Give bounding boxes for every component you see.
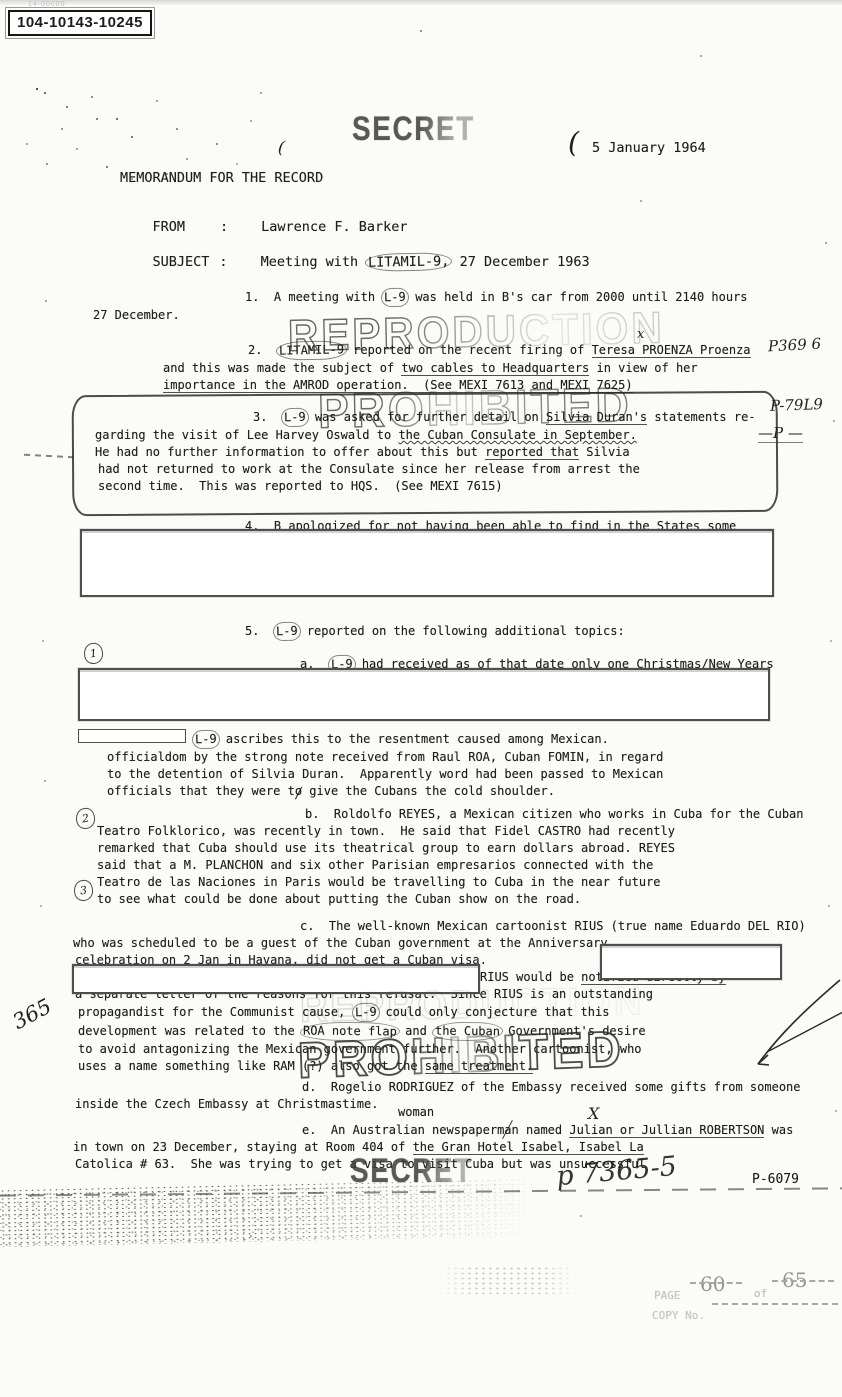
- text-seg: statements re-: [647, 410, 755, 424]
- margin-circled-2: 2: [75, 807, 97, 830]
- text-seg: reported on the recent firing of: [346, 343, 592, 357]
- underlined-phrase: importance in the AMROD operation. (See …: [163, 378, 633, 393]
- text-seg: garding the visit of Lee Harvey Oswald t…: [95, 428, 398, 442]
- margin-dash: [24, 454, 74, 459]
- text-line: 1. A meeting with L-9 was held in B's ca…: [245, 288, 748, 307]
- doc-id-box: 104-10143-10245: [8, 10, 152, 36]
- text-seg: development was related to the: [78, 1024, 302, 1038]
- text-seg: 3.: [253, 410, 282, 424]
- paragraph-5: 5. L-9 reported on the following additio…: [95, 622, 625, 641]
- from-label: FROM: [153, 219, 186, 235]
- page-number-underline: [690, 1282, 742, 1284]
- text-line: to see what could be done about putting …: [97, 891, 804, 908]
- page-number: 60: [700, 1272, 725, 1296]
- struck-word-man: man: [497, 1123, 519, 1137]
- text-seg: named: [519, 1123, 570, 1137]
- copy-number-label: COPY No.: [652, 1308, 705, 1324]
- film-noise-band: [0, 1177, 580, 1247]
- ink-speck: [420, 30, 422, 32]
- text-line: said that a M. PLANCHON and six other Pa…: [97, 857, 804, 874]
- microfilm-number: 14-00000: [28, 1, 66, 8]
- text-seg: Silvia: [579, 445, 630, 459]
- subject-row: SUBJECT:Meeting with LITAMIL-9, 27 Decem…: [120, 237, 590, 287]
- subject-value-post: 27 December 1963: [452, 254, 590, 270]
- wavy-underlined-phrase: the Cuban Consulate in September.: [398, 428, 636, 442]
- underlined-phrase: reported that: [485, 445, 579, 460]
- text-seg: was held in B's car from 2000 until 2140…: [408, 290, 748, 304]
- underlined-name-proenza: Teresa PROENZA Proenza: [592, 343, 751, 358]
- stray-slash-mark: /: [296, 784, 301, 802]
- text-seg: 1. A meeting with: [245, 290, 382, 304]
- paragraph-5b: b. Roldolfo REYES, a Mexican citizen who…: [97, 806, 804, 908]
- text-line: 2. LITAMIL-9 reported on the recent firi…: [248, 341, 751, 360]
- subject-value-pre: Meeting with: [261, 254, 367, 270]
- handwritten-x-mark: x: [637, 327, 644, 342]
- text-seg: was: [764, 1123, 793, 1137]
- crypt-l9: L-9: [381, 288, 409, 307]
- paragraph-3-oswald: 3. L-9 was asked for further detail on S…: [95, 408, 756, 495]
- date: 5 January 1964: [592, 140, 706, 156]
- typed-insertion-woman: woman: [398, 1104, 434, 1121]
- text-line: and this was made the subject of two cab…: [163, 360, 751, 377]
- redaction-box: [80, 529, 774, 597]
- margin-note-p: —P —: [758, 424, 803, 443]
- memo-title: MEMORANDUM FOR THE RECORD: [120, 170, 323, 186]
- from-colon: :: [220, 219, 228, 235]
- text-seg: e. An Australian newspaper: [302, 1123, 497, 1137]
- text-line: d. Rogelio RODRIGUEZ of the Embassy rece…: [302, 1079, 801, 1096]
- of-label: of: [754, 1286, 767, 1302]
- text-line: officials that they were to give the Cub…: [107, 783, 774, 800]
- text-line: remarked that Cuba should use its theatr…: [97, 840, 804, 857]
- paragraph-2: 2. LITAMIL-9 reported on the recent firi…: [163, 341, 751, 394]
- text-seg: was asked for further detail on: [308, 410, 546, 424]
- stray-paren-mark: (: [277, 138, 286, 159]
- text-line: Teatro de las Naciones in Paris would be…: [97, 874, 804, 891]
- text-seg: and this was made the subject of: [163, 361, 401, 375]
- text-line: He had no further information to offer a…: [95, 444, 756, 461]
- text-line: had not returned to work at the Consulat…: [98, 461, 756, 478]
- text-line: 3. L-9 was asked for further detail on S…: [253, 408, 756, 427]
- text-line: Teatro Folklorico, was recently in town.…: [97, 823, 804, 840]
- text-seg: He had no further information to offer a…: [95, 445, 485, 459]
- margin-note-p79: P-79L9: [770, 395, 824, 415]
- text-seg: 2.: [248, 343, 277, 357]
- text-line: to the detention of Silvia Duran. Appare…: [107, 766, 774, 783]
- redaction-box: [78, 668, 770, 721]
- subject-cryptonym: LITAMIL-9,: [365, 252, 453, 272]
- handwritten-arrow: [695, 972, 842, 1084]
- underlined-silvia-duran: Silvia Duran's: [546, 410, 647, 425]
- scanned-memo-page: 14-00000 104-10143-10245 SECRET ( 5 Janu…: [0, 0, 842, 1397]
- margin-scrawl-365: 365: [9, 994, 56, 1034]
- document-number: P-6079: [752, 1172, 799, 1188]
- margin-circled-1: 1: [83, 642, 105, 665]
- text-line: inside the Czech Embassy at Christmastim…: [75, 1096, 801, 1113]
- from-value: Lawrence F. Barker: [261, 219, 407, 235]
- faint-stamp-smudge: [438, 1266, 578, 1294]
- text-line: second time. This was reported to HQS. (…: [98, 478, 756, 495]
- ink-speck: [36, 88, 38, 90]
- text-line: c. The well-known Mexican cartoonist RIU…: [300, 918, 806, 935]
- text-seg: ascribes this to the resentment caused a…: [219, 732, 609, 746]
- text-line: b. Roldolfo REYES, a Mexican citizen who…: [305, 806, 804, 823]
- page-total-underline: [772, 1280, 834, 1282]
- margin-note-p369: P369 6: [768, 335, 822, 356]
- paragraph-5d: d. Rogelio RODRIGUEZ of the Embassy rece…: [75, 1079, 801, 1113]
- underlined-robertson: Julian or Jullian ROBERTSON: [569, 1123, 764, 1138]
- text-line: L-9 ascribes this to the resentment caus…: [78, 729, 774, 749]
- subject-label: SUBJECT: [153, 254, 210, 270]
- text-seg: reported on the following additional top…: [300, 624, 625, 638]
- crypt-l9: L-9: [192, 730, 220, 749]
- text-line: officialdom by the strong note received …: [107, 749, 774, 766]
- small-redaction-box: [78, 729, 186, 743]
- page-label: PAGE: [654, 1288, 681, 1304]
- text-line: garding the visit of Lee Harvey Oswald t…: [95, 427, 756, 444]
- text-seg: 5.: [245, 624, 274, 638]
- crypt-l9: L-9: [281, 408, 309, 427]
- copy-number-underline: [712, 1303, 838, 1305]
- scan-edge: [0, 0, 842, 5]
- text-line: e. An Australian newspaperman named Juli…: [302, 1122, 793, 1139]
- handwritten-paren: (: [568, 126, 579, 159]
- margin-circled-3: 3: [73, 879, 95, 902]
- crypt-litamil9: LITAMIL-9: [276, 340, 347, 360]
- handwritten-x-mark: X: [588, 1104, 599, 1123]
- text-seg: in view of her: [589, 361, 697, 375]
- subject-colon: :: [219, 254, 227, 270]
- underlined-phrase: two cables to Headquarters: [401, 361, 589, 376]
- crypt-l9: L-9: [273, 622, 301, 641]
- text-line: 5. L-9 reported on the following additio…: [245, 622, 625, 641]
- secret-stamp-top: SECRET: [352, 110, 475, 149]
